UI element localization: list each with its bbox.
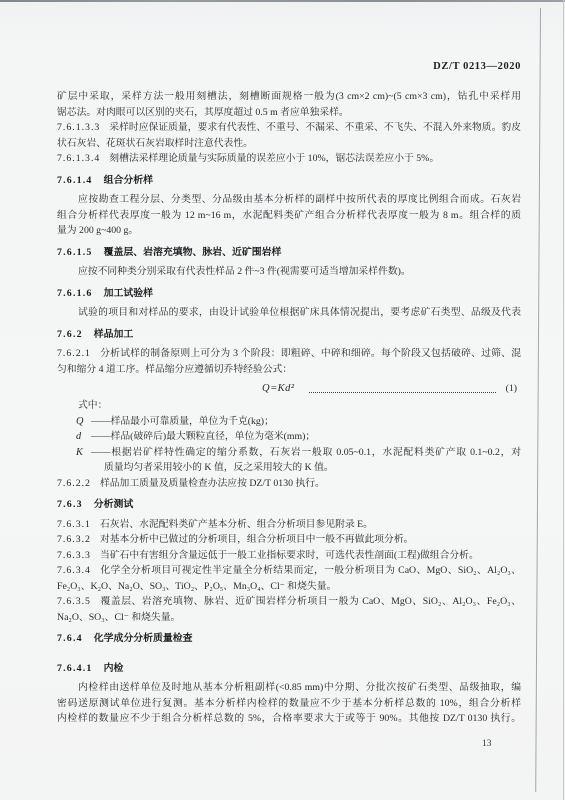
heading-number: 7.6.2 — [57, 329, 83, 340]
definition-desc: ——样品最小可靠质量，单位为千克(kg)； — [91, 416, 274, 427]
scan-right-line — [535, 8, 541, 792]
clause-number: 7.6.3.5 — [57, 596, 91, 607]
where-label: 式中： — [57, 398, 521, 414]
page-content: 矿层中采取，采样方法一般用刻槽法，刻槽断面规格一般为(3 cm×2 cm)~(5… — [57, 89, 521, 727]
paragraph-continuation-line: 矿层中采取，采样方法一般用刻槽法，刻槽断面规格一般为(3 cm×2 cm)~(5… — [57, 89, 521, 105]
clause-text: 当矿石中有害组分含量远低于一般工业指标要求时，可选代表性剖面(工程)做组合分析。 — [100, 550, 479, 561]
clause-7-6-3-4: 7.6.3.4化学全分析项目可视定性半定量全分析结果而定，一般分析项目为 CaO… — [57, 563, 521, 579]
definition-term: d — [76, 429, 91, 445]
heading-title: 组合分析样 — [104, 175, 153, 186]
clause-text: 覆盖层、岩溶充填物、脉岩、近矿围岩样分析项目一般为 CaO、MgO、SiO₂、A… — [57, 596, 521, 610]
clause-number: 7.6.1.3.3 — [57, 122, 100, 133]
heading-7-6-3: 7.6.3分析测试 — [57, 497, 521, 513]
paragraph-line: 应按不同种类分别采取有代表性样品 2 件~3 件(视需要可适当增加采样件数)。 — [57, 264, 521, 280]
scan-far-edge — [563, 0, 565, 800]
scanned-standard-page: DZ/T 0213—2020 矿层中采取，采样方法一般用刻槽法，刻槽断面规格一般… — [0, 0, 565, 800]
heading-number: 7.6.3 — [57, 499, 83, 510]
definition-k-cont: 质量均匀者采用较小的 K 值，反之采用较大的 K 值。 — [57, 460, 521, 476]
heading-title: 样品加工 — [94, 329, 134, 340]
scan-top-edge — [0, 0, 565, 2]
definition-d: d——样品(破碎后)最大颗粒直径，单位为毫米(mm)； — [57, 429, 521, 445]
paragraph-line: 内检样由送样单位及时地从基本分析粗副样(<0.85 mm)中分期、分批次按矿石类… — [57, 680, 521, 696]
clause-number: 7.6.2.2 — [57, 478, 91, 489]
definition-desc: ——根据岩矿样特性确定的缩分系数，石灰岩一般取 0.05~0.1，水泥配料类矿产… — [91, 447, 521, 458]
clause-7-6-3-4-cont: Fe₂O₃、K₂O、Na₂O、SO₃、TiO₂、P₂O₅、Mn₃O₄、Cl⁻ 和… — [57, 579, 521, 595]
clause-text: 对基本分析中已做过的分析项目，组合分析项目中一般不再做此项分析。 — [100, 534, 414, 545]
clause-7-6-2-1: 7.6.2.1分析试样的制备原则上可分为 3 个阶段：即粗碎、中碎和细碎。每个阶… — [57, 346, 521, 362]
paragraph-line: 应按勘查工程分层、分类型、分品级由基本分析样的副样中按所代表的厚度比例组合而成。… — [57, 192, 521, 208]
definition-term: Q — [76, 414, 91, 430]
heading-7-6-1-5: 7.6.1.5覆盖层、岩溶充填物、脉岩、近矿围岩样 — [57, 245, 521, 261]
heading-7-6-4: 7.6.4化学成分分析质量检查 — [57, 631, 521, 647]
heading-number: 7.6.1.4 — [57, 175, 93, 186]
clause-number: 7.6.2.1 — [57, 348, 91, 359]
definition-term: K — [76, 445, 91, 461]
clause-text: 样品加工质量及质量检查办法应按 DZ/T 0130 执行。 — [100, 478, 325, 489]
clause-7-6-2-1-cont: 匀和缩分 4 道工序。样品缩分应遵循切乔特经验公式： — [57, 362, 521, 378]
clause-text: 化学全分析项目可视定性半定量全分析结果而定，一般分析项目为 CaO、MgO、Si… — [100, 565, 521, 576]
formula-dotted-leader — [309, 384, 496, 393]
definition-q: Q——样品最小可靠质量，单位为千克(kg)； — [57, 414, 521, 430]
definition-desc: ——样品(破碎后)最大颗粒直径，单位为毫米(mm)； — [91, 431, 315, 442]
clause-7-6-1-3-4: 7.6.1.3.4刻槽法采样理论质量与实际质量的误差应小于 10%，锯芯法误差应… — [57, 151, 521, 167]
heading-number: 7.6.4.1 — [57, 663, 93, 674]
paragraph-line: 量为 200 g~400 g。 — [57, 223, 521, 239]
clause-number: 7.6.1.3.4 — [57, 153, 100, 164]
clause-7-6-3-2: 7.6.3.2对基本分析中已做过的分析项目，组合分析项目中一般不再做此项分析。 — [57, 532, 521, 548]
heading-number: 7.6.4 — [57, 633, 83, 644]
paragraph-continuation-line: 锯芯法。对肉眼可以区别的夹石，其厚度超过 0.5 m 者应单独采样。 — [57, 105, 521, 121]
clause-7-6-3-3: 7.6.3.3当矿石中有害组分含量远低于一般工业指标要求时，可选代表性剖面(工程… — [57, 548, 521, 564]
clause-7-6-1-3-3-cont: 状石灰岩、花斑状石灰岩取样时注意代表性。 — [57, 136, 521, 152]
document-code-header: DZ/T 0213—2020 — [57, 61, 521, 72]
heading-7-6-1-4: 7.6.1.4组合分析样 — [57, 173, 521, 189]
formula-number: (1) — [506, 383, 517, 394]
heading-7-6-4-1: 7.6.4.1内检 — [57, 661, 521, 677]
heading-number: 7.6.1.6 — [57, 288, 93, 299]
clause-number: 7.6.3.4 — [57, 565, 91, 576]
clause-text: 分析试样的制备原则上可分为 3 个阶段：即粗碎、中碎和细碎。每个阶段又包括破碎、… — [100, 348, 521, 359]
clause-number: 7.6.3.2 — [57, 534, 91, 545]
page-number: 13 — [482, 739, 492, 749]
formula-row: Q=Kd² (1) — [57, 380, 521, 396]
clause-7-6-1-3-3: 7.6.1.3.3采样时应保证质量，要求有代表性、不重号、不漏采、不重采、不飞失… — [57, 120, 521, 136]
clause-text: 石灰岩、水泥配料类矿产基本分析、组合分析项目参见附录 E。 — [100, 519, 373, 530]
heading-title: 加工试验样 — [104, 288, 153, 299]
clause-7-6-2-2: 7.6.2.2样品加工质量及质量检查办法应按 DZ/T 0130 执行。 — [57, 476, 521, 492]
heading-7-6-2: 7.6.2样品加工 — [57, 327, 521, 343]
heading-title: 分析测试 — [94, 499, 134, 510]
paragraph-line: 内检样的数量应不少于组合分析样总数的 5%，合格率要求大于或等于 90%。其他按… — [57, 711, 521, 727]
clause-text: 采样时应保证质量，要求有代表性、不重号、不漏采、不重采、不飞失、不混入外来物质。… — [109, 122, 521, 133]
clause-number: 7.6.3.3 — [57, 550, 91, 561]
heading-7-6-1-6: 7.6.1.6加工试验样 — [57, 286, 521, 302]
formula-expression: Q=Kd² — [262, 383, 295, 394]
paragraph-line: 试验的项目和对样品的要求，由设计试验单位根据矿床具体情况提出，要考虑矿石类型、品… — [57, 305, 521, 321]
paragraph-line: 密码送原测试单位进行复测。基本分析样内检样的数量应不少于基本分析样总数的 10%… — [57, 696, 521, 712]
clause-7-6-3-5-cont: Na₂O、SO₃、Cl⁻ 和烧失量。 — [57, 610, 521, 626]
definition-k: K——根据岩矿样特性确定的缩分系数，石灰岩一般取 0.05~0.1，水泥配料类矿… — [57, 445, 521, 461]
paragraph-line: 组合分析样代表厚度一般为 12 m~16 m，水泥配料类矿产组合分析样代表厚度一… — [57, 208, 521, 224]
heading-title: 覆盖层、岩溶充填物、脉岩、近矿围岩样 — [104, 247, 282, 258]
clause-text: 刻槽法采样理论质量与实际质量的误差应小于 10%，锯芯法误差应小于 5%。 — [109, 153, 439, 164]
heading-title: 内检 — [104, 663, 124, 674]
clause-number: 7.6.3.1 — [57, 519, 91, 530]
heading-title: 化学成分分析质量检查 — [94, 633, 193, 644]
clause-7-6-3-5: 7.6.3.5覆盖层、岩溶充填物、脉岩、近矿围岩样分析项目一般为 CaO、MgO… — [57, 594, 521, 610]
clause-7-6-3-1: 7.6.3.1石灰岩、水泥配料类矿产基本分析、组合分析项目参见附录 E。 — [57, 517, 521, 533]
heading-number: 7.6.1.5 — [57, 247, 93, 258]
